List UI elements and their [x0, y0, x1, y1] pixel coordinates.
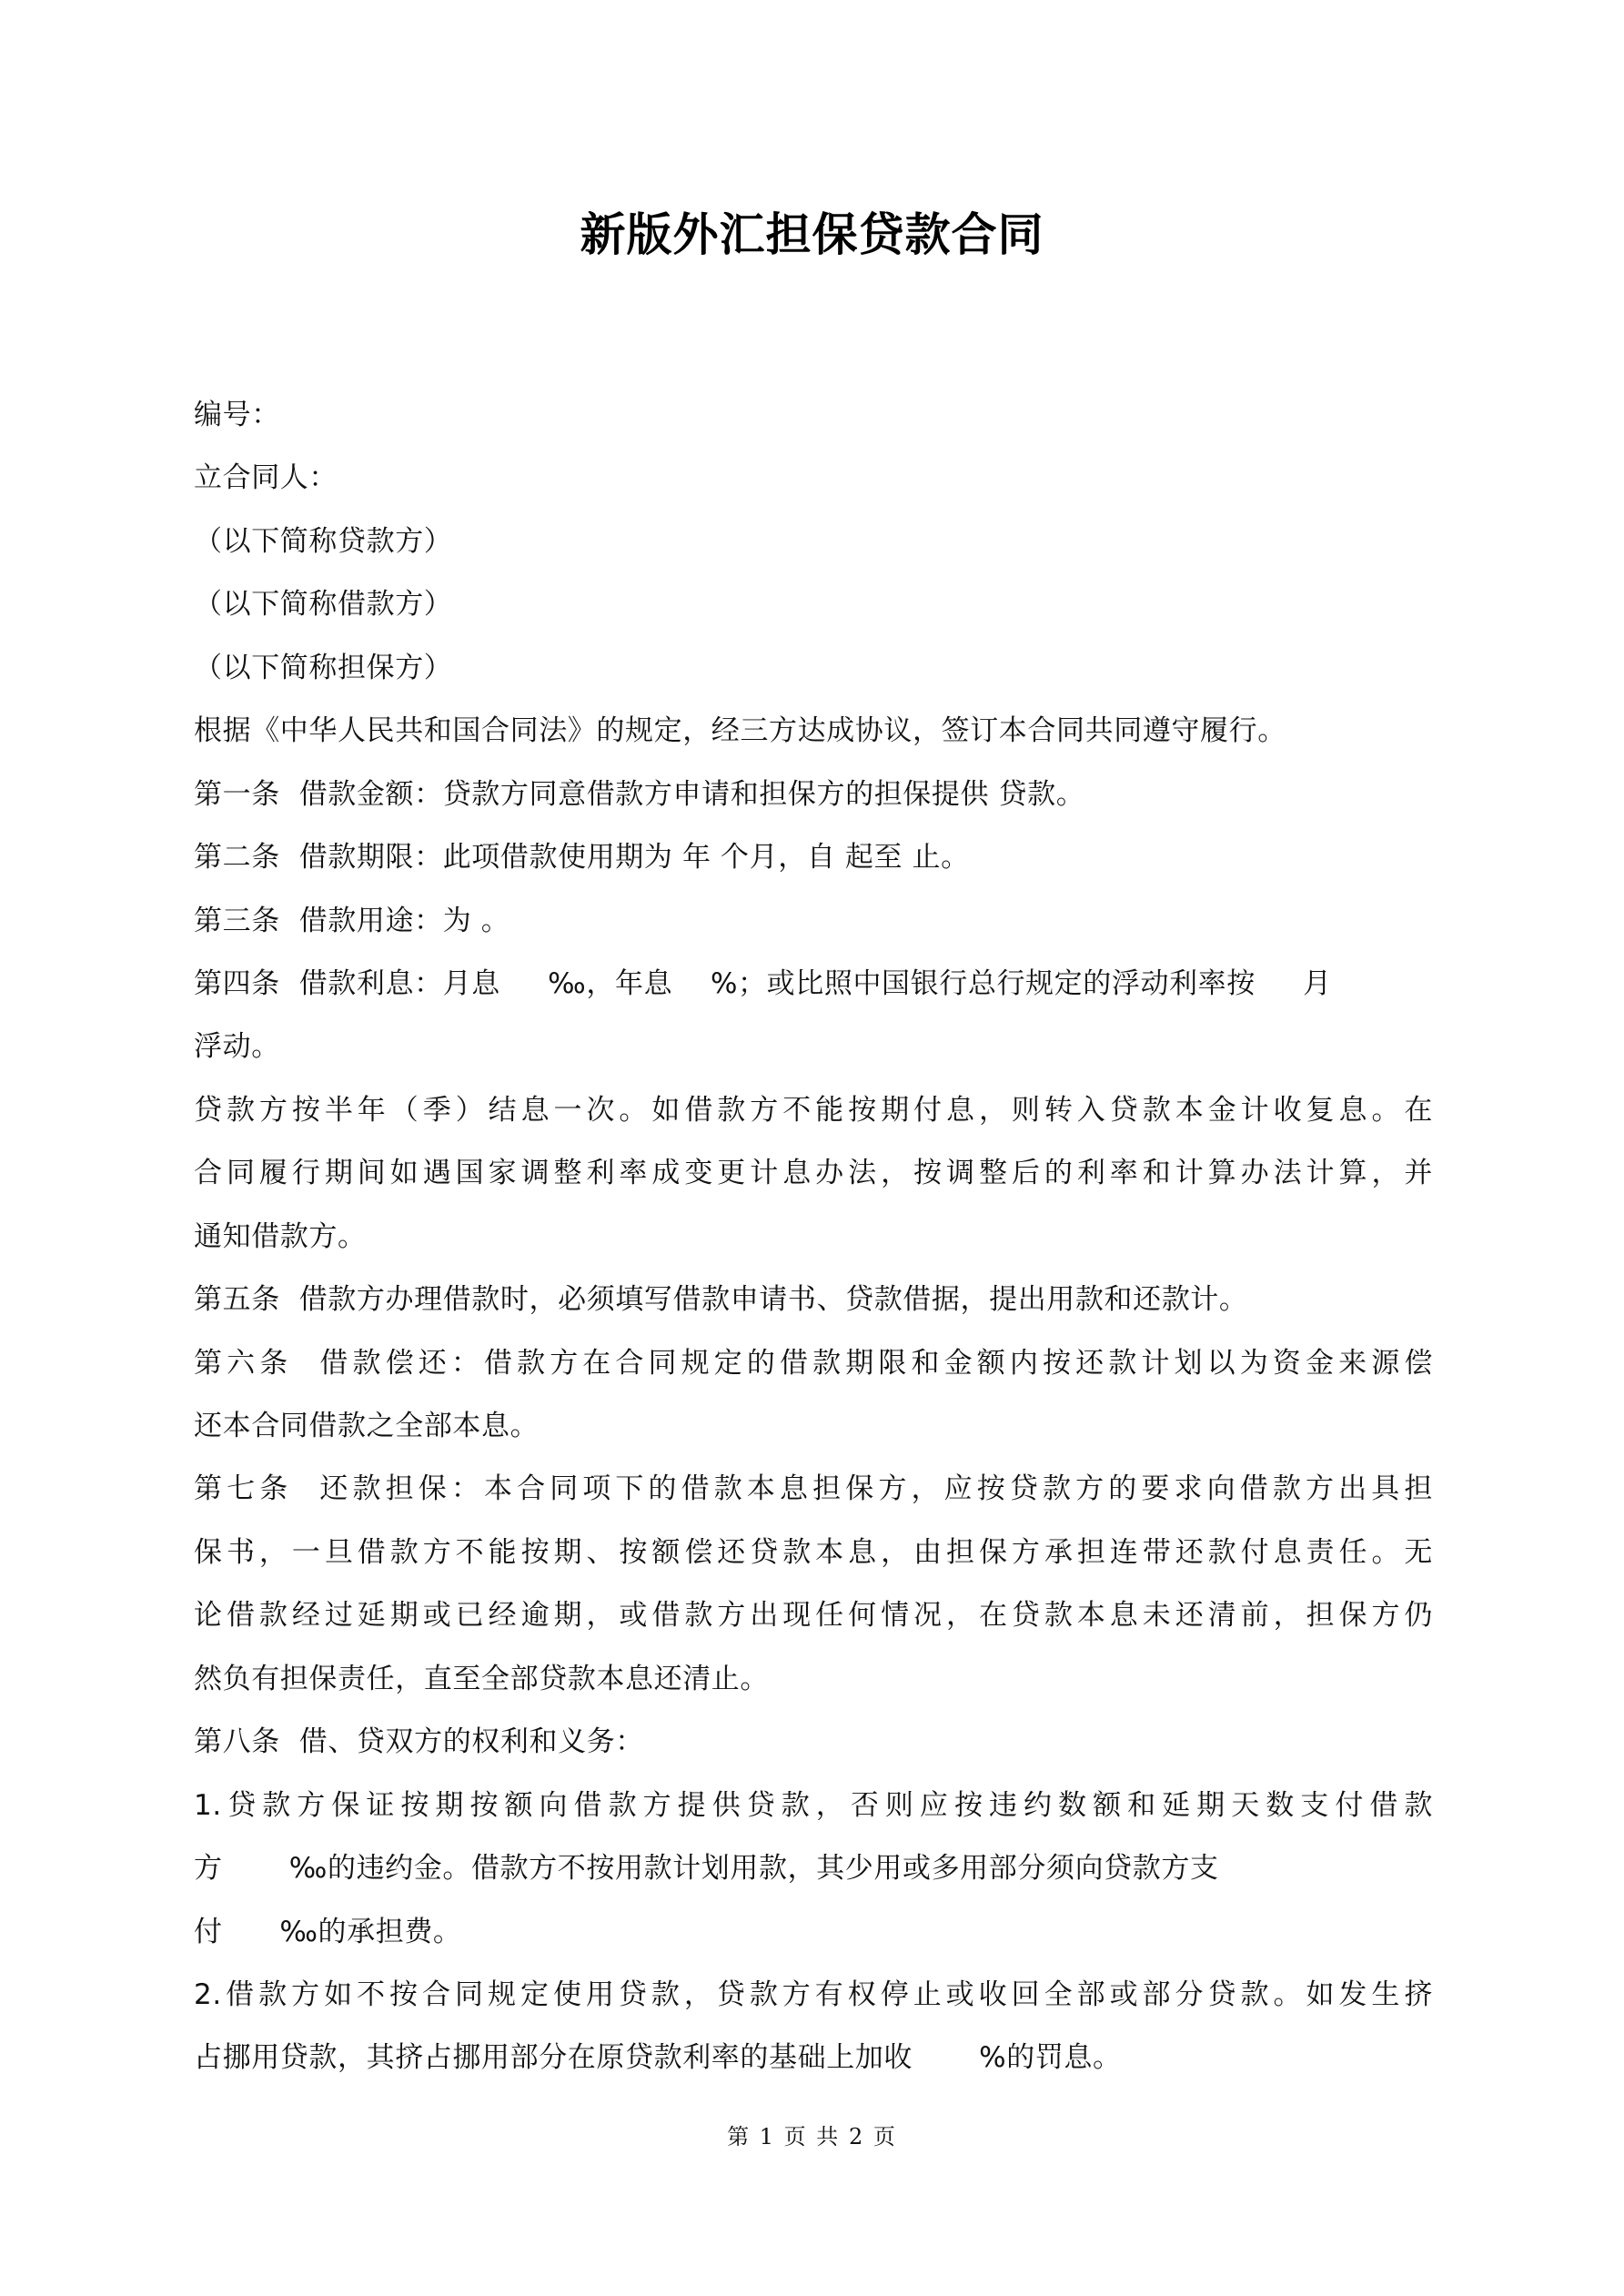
borrower-line: （以下简称借款方）	[194, 573, 1440, 636]
article-4-cont-line: 浮动。	[194, 1016, 1440, 1078]
document-title: 新版外汇担保贷款合同	[0, 207, 1624, 262]
article-5-line: 第五条 借款方办理借款时，必须填写借款申请书、贷款借据，提出用款和还款计。	[194, 1269, 1440, 1331]
article-3-line: 第三条 借款用途：为 。	[194, 890, 1440, 953]
guarantor-line: （以下简称担保方）	[194, 637, 1440, 700]
article-6-line: 第六条 借款偿还：借款方在合同规定的借款期限和金额内按还款计划以为资金来源偿	[194, 1332, 1433, 1395]
article-2-line: 第二条 借款期限：此项借款使用期为 年 个月，自 起至 止。	[194, 826, 1440, 889]
clause-2-cont-line: 占挪用贷款，其挤占挪用部分在原贷款利率的基础上加收 %的罚息。	[194, 2027, 1440, 2089]
lender-line: （以下简称贷款方）	[194, 511, 1440, 573]
contract-number-line: 编号：	[194, 384, 1440, 447]
preamble-line: 根据《中华人民共和国合同法》的规定，经三方达成协议，签订本合同共同遵守履行。	[194, 700, 1440, 763]
article-7-cont-line-1: 保书，一旦借款方不能按期、按额偿还贷款本息，由担保方承担连带还款付息责任。无	[194, 1522, 1433, 1584]
clause-1-cont-line: 方 ‰的违约金。借款方不按用款计划用款，其少用或多用部分须向贷款方支	[194, 1837, 1440, 1900]
clause-2-line: 2.借款方如不按合同规定使用贷款，贷款方有权停止或收回全部或部分贷款。如发生挤	[194, 1964, 1433, 2027]
article-6-cont-line: 还本合同借款之全部本息。	[194, 1395, 1440, 1458]
article-7-cont-line-2: 论借款经过延期或已经逾期，或借款方出现任何情况，在贷款本息未还清前，担保方仍	[194, 1584, 1433, 1647]
article-8-line: 第八条 借、贷双方的权利和义务：	[194, 1711, 1440, 1774]
clause-1-end-line: 付 ‰的承担费。	[194, 1901, 1440, 1964]
article-4-line: 第四条 借款利息：月息 ‰，年息 %；或比照中国银行总行规定的浮动利率按 月	[194, 953, 1440, 1016]
interest-settlement-cont-line: 合同履行期间如遇国家调整利率成变更计息办法，按调整后的利率和计算办法计算，并	[194, 1142, 1433, 1205]
interest-settlement-line: 贷款方按半年（季）结息一次。如借款方不能按期付息，则转入贷款本金计收复息。在	[194, 1079, 1433, 1142]
article-1-line: 第一条 借款金额：贷款方同意借款方申请和担保方的担保提供 贷款。	[194, 764, 1440, 826]
document-page: 新版外汇担保贷款合同 编号： 立合同人： （以下简称贷款方） （以下简称借款方）…	[0, 0, 1624, 2296]
document-body: 编号： 立合同人： （以下简称贷款方） （以下简称借款方） （以下简称担保方） …	[194, 384, 1440, 2090]
interest-settlement-end-line: 通知借款方。	[194, 1206, 1440, 1269]
contracting-parties-line: 立合同人：	[194, 447, 1440, 510]
clause-1-line: 1.贷款方保证按期按额向借款方提供贷款，否则应按违约数额和延期天数支付借款	[194, 1775, 1433, 1837]
article-7-line: 第七条 还款担保：本合同项下的借款本息担保方，应按贷款方的要求向借款方出具担	[194, 1458, 1433, 1521]
page-number-footer: 第 1 页 共 2 页	[0, 2123, 1624, 2150]
article-7-end-line: 然负有担保责任，直至全部贷款本息还清止。	[194, 1648, 1440, 1711]
